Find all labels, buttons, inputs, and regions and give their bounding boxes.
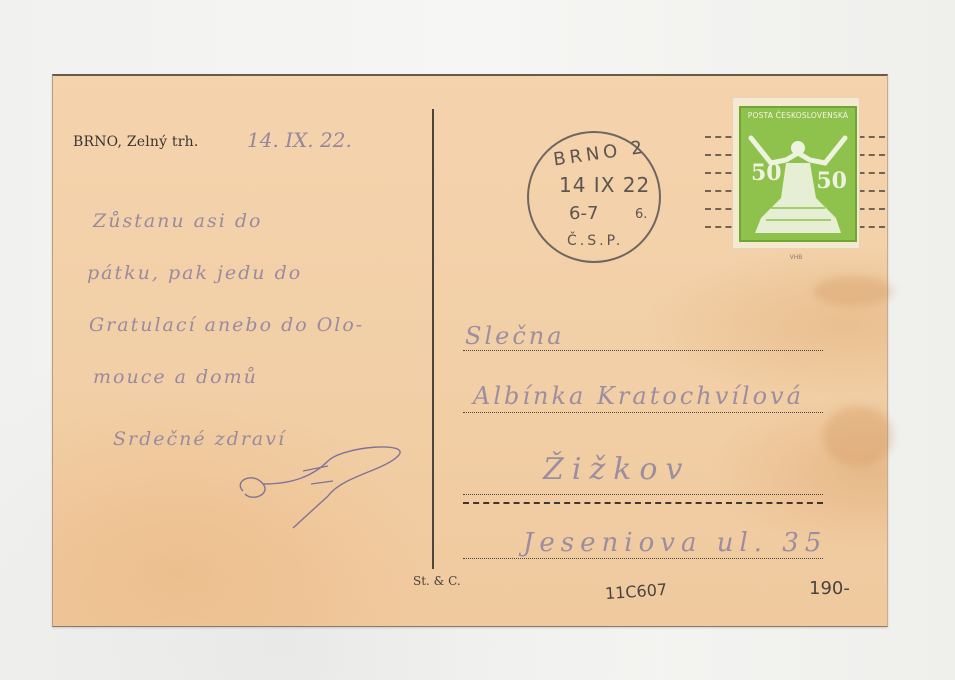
stamp-title: POSTA ČESKOSLOVENSKÁ	[741, 111, 855, 120]
address-line: Jeseniova ul. 35	[523, 528, 827, 558]
message-line: mouce a domů	[93, 366, 258, 388]
printed-caption: BRNO, Zelný trh.	[73, 134, 199, 150]
postage-stamp: POSTA ČESKOSLOVENSKÁ 50 50 VHB	[733, 98, 859, 248]
signature-flourish-icon	[233, 436, 413, 536]
water-stain	[823, 406, 893, 466]
address-line: Žižkov	[543, 452, 690, 487]
postmark-suffix: 6.	[635, 207, 647, 222]
stamp-footer: VHB	[733, 254, 859, 261]
stamp-value-right: 50	[816, 168, 847, 194]
handwritten-date: 14. IX. 22.	[247, 128, 352, 152]
address-rule	[463, 412, 823, 413]
address-rule	[463, 558, 823, 559]
center-divider	[432, 109, 434, 569]
water-stain	[813, 276, 893, 306]
catalog-number: 11C607	[604, 580, 667, 603]
address-line: Slečna	[465, 322, 565, 350]
postcard: BRNO, Zelný trh. 14. IX. 22. Zůstanu asi…	[52, 74, 888, 627]
postmark: BRNO 2 14 IX 22 6-7 6. Č.S.P.	[527, 131, 661, 263]
price-note: 190-	[809, 578, 850, 599]
message-line: pátku, pak jedu do	[87, 262, 302, 284]
address-rule	[463, 350, 823, 351]
address-line: Albínka Kratochvílová	[473, 382, 804, 410]
address-underline	[463, 502, 823, 504]
address-rule	[463, 494, 823, 495]
message-line: Gratulací anebo do Olo-	[89, 314, 364, 336]
stamp-design: POSTA ČESKOSLOVENSKÁ 50 50	[739, 106, 857, 242]
postmark-country: Č.S.P.	[567, 233, 623, 249]
stamp-value-left: 50	[751, 160, 782, 186]
postmark-town: BRNO 2	[552, 137, 648, 171]
message-line: Zůstanu asi do	[93, 210, 262, 232]
publisher-mark: St. & C.	[413, 574, 461, 588]
postmark-date: 14 IX 22	[559, 173, 650, 197]
postmark-time: 6-7	[569, 203, 598, 224]
